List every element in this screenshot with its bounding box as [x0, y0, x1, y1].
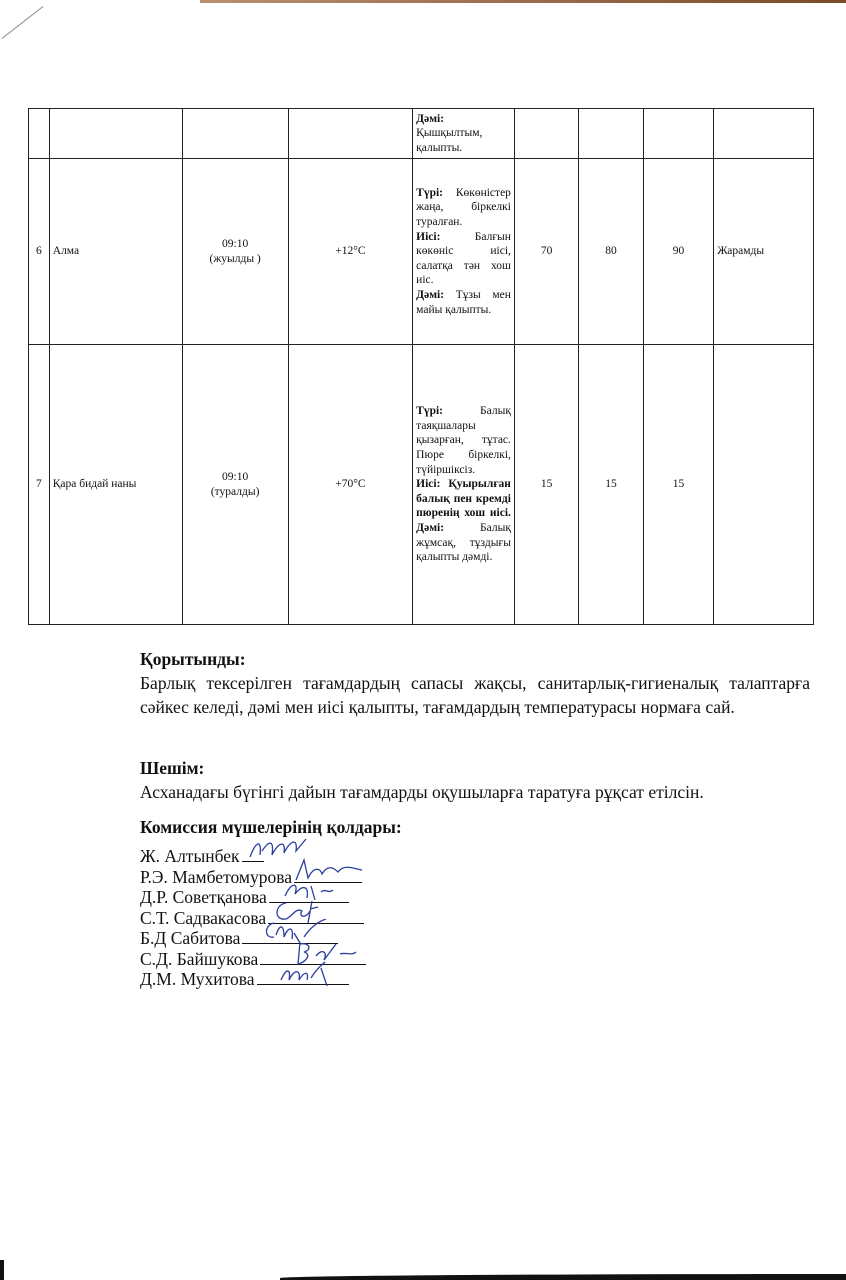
table-row: 7 Қара бидай наны 09:10 (туралды) +70°C …	[29, 345, 814, 625]
table-row-continuation: Дәмі: Қышқылтым, қалыпты.	[29, 109, 814, 159]
cell-no: 6	[29, 159, 50, 345]
table-row: 6 Алма 09:10 (жуылды ) +12°C Түрі: Көкөн…	[29, 159, 814, 345]
cell-description: Түрі: Көкөністер жаңа, біркелкі туралған…	[413, 159, 515, 345]
cell-name	[49, 109, 182, 159]
desc-label-smell: Иісі:	[416, 478, 440, 490]
signature-line	[268, 909, 364, 924]
decision-heading: Шешім:	[140, 756, 810, 780]
signature-row: С.Т. Садвакасова	[140, 908, 366, 929]
signature-row: С.Д. Байшукова	[140, 949, 366, 970]
time-note: (жуылды )	[209, 253, 260, 265]
paper-top-edge	[200, 0, 846, 3]
signature-line	[294, 868, 362, 883]
cell-time: 09:10 (туралды)	[182, 345, 288, 625]
cell-value-2: 15	[579, 345, 643, 625]
desc-label-taste: Дәмі:	[416, 113, 444, 125]
conclusion-section: Қорытынды: Барлық тексерілген тағамдарды…	[140, 647, 810, 719]
member-name: С.Т. Садвакасова	[140, 908, 266, 929]
member-name: Ж. Алтынбек	[140, 846, 240, 867]
signature-line	[242, 929, 338, 944]
cell-status	[714, 345, 814, 625]
desc-label-taste: Дәмі:	[416, 522, 444, 534]
signature-row: Ж. Алтынбек	[140, 846, 366, 867]
cell-temperature: +12°C	[288, 159, 413, 345]
cell-value-1	[514, 109, 578, 159]
conclusion-heading: Қорытынды:	[140, 647, 810, 671]
paper-bottom-edge	[280, 1274, 846, 1280]
commission-heading: Комиссия мүшелерінің қолдары:	[140, 815, 810, 839]
cell-value-3: 90	[643, 159, 714, 345]
decision-text: Асханадағы бүгінгі дайын тағамдарды оқуш…	[140, 780, 810, 804]
signature-line	[269, 888, 349, 903]
time-value: 09:10	[222, 471, 248, 483]
desc-text-taste: Қышқылтым, қалыпты.	[416, 127, 482, 154]
decision-section: Шешім: Асханадағы бүгінгі дайын тағамдар…	[140, 756, 810, 804]
paper-left-edge	[0, 1260, 4, 1280]
member-name: С.Д. Байшукова	[140, 949, 258, 970]
signature-list: Ж. Алтынбек Р.Э. Мамбетомурова Д.Р. Сове…	[140, 846, 366, 990]
cell-time	[182, 109, 288, 159]
paper-fold-line	[2, 6, 44, 39]
time-note: (туралды)	[211, 486, 260, 498]
signature-row: Д.М. Мухитова	[140, 969, 366, 990]
cell-value-2: 80	[579, 159, 643, 345]
member-name: Д.М. Мухитова	[140, 969, 255, 990]
cell-value-3	[643, 109, 714, 159]
cell-description: Дәмі: Қышқылтым, қалыпты.	[413, 109, 515, 159]
cell-value-1: 15	[514, 345, 578, 625]
signature-row: Б.Д Сабитова	[140, 928, 366, 949]
desc-label-taste: Дәмі:	[416, 289, 444, 301]
desc-label-type: Түрі:	[416, 405, 443, 417]
commission-section: Комиссия мүшелерінің қолдары:	[140, 815, 810, 839]
cell-name: Алма	[49, 159, 182, 345]
cell-description: Түрі: Балық таяқшалары қызарған, тұтас. …	[413, 345, 515, 625]
signature-line	[257, 970, 349, 985]
conclusion-text: Барлық тексерілген тағамдардың сапасы жа…	[140, 671, 810, 719]
signature-mark-icon	[248, 837, 318, 863]
signature-row: Д.Р. Советқанова	[140, 887, 366, 908]
desc-label-smell: Иісі:	[416, 231, 440, 243]
cell-time: 09:10 (жуылды )	[182, 159, 288, 345]
member-name: Р.Э. Мамбетомурова	[140, 867, 292, 888]
cell-value-3: 15	[643, 345, 714, 625]
desc-label-type: Түрі:	[416, 187, 443, 199]
signature-line	[242, 847, 264, 862]
cell-value-1: 70	[514, 159, 578, 345]
signature-row: Р.Э. Мамбетомурова	[140, 867, 366, 888]
cell-temperature: +70°C	[288, 345, 413, 625]
signature-line	[260, 950, 366, 965]
cell-status: Жарамды	[714, 159, 814, 345]
cell-temperature	[288, 109, 413, 159]
member-name: Д.Р. Советқанова	[140, 887, 267, 908]
cell-value-2	[579, 109, 643, 159]
member-name: Б.Д Сабитова	[140, 928, 240, 949]
food-inspection-table: Дәмі: Қышқылтым, қалыпты. 6 Алма 09:10 (…	[28, 108, 814, 625]
cell-status	[714, 109, 814, 159]
time-value: 09:10	[222, 238, 248, 250]
cell-no	[29, 109, 50, 159]
cell-no: 7	[29, 345, 50, 625]
cell-name: Қара бидай наны	[49, 345, 182, 625]
